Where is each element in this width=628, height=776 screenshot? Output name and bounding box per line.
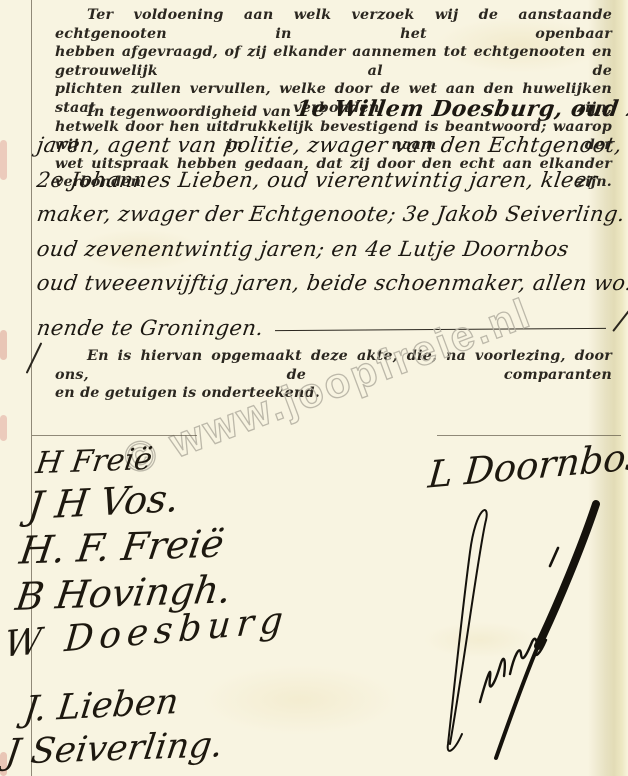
printed-line: en de getuigen is onderteekend. (55, 384, 612, 403)
printed-line: En is hiervan opgemaakt deze akte, die, … (55, 347, 612, 384)
handwritten-line: oud tweeenvijftig jaren, beide schoenmak… (37, 271, 622, 306)
official-paraph-signature-flourish (424, 494, 620, 772)
signature-rule-left (32, 435, 197, 436)
blank-fill-rule (275, 328, 606, 331)
printed-paragraph-closing: En is hiervan opgemaakt deze akte, die, … (55, 347, 612, 403)
handwritten-witness1-start: 1e Willem Doesburg, oud zevendertig (295, 100, 628, 119)
signature-j-h-vos: J H Vos. (27, 476, 180, 528)
page-edge-smudge (0, 140, 7, 180)
in-presence-line: In tegenwoordigheid van 1e Willem Doesbu… (55, 100, 628, 122)
paragraph-slash-mark (26, 342, 43, 373)
handwritten-line-with-rule: nende te Groningen. (37, 306, 622, 341)
handwritten-line: oud zevenentwintig jaren; en 4e Lutje Do… (37, 237, 622, 272)
handwritten-body: jaren, agent van politie, zwager van den… (37, 133, 622, 340)
page-edge-smudge (0, 415, 7, 441)
signature-h-freie: H Freië (35, 442, 152, 481)
signature-j-seiverling: J Seiverling. (5, 725, 223, 773)
printed-line: Ter voldoening aan welk verzoek wij de a… (55, 6, 612, 43)
in-presence-prefix: In tegenwoordigheid van (55, 103, 291, 122)
page-edge-smudge (0, 330, 7, 360)
handwritten-line: 2e Johannes Lieben, oud vierentwintig ja… (37, 168, 622, 203)
signature-h-f-freie: H. F. Freië (19, 521, 224, 572)
signature-j-lieben: J. Lieben (23, 682, 179, 730)
handwritten-line: maker, zwager der Echtgenoote; 3e Jakob … (37, 202, 622, 237)
scanned-marriage-act-page: Ter voldoening aan welk verzoek wij de a… (0, 0, 628, 776)
signature-rule-right (437, 435, 621, 436)
printed-line: hebben afgevraagd, of zij elkander aanne… (55, 43, 612, 80)
handwritten-line: jaren, agent van politie, zwager van den… (37, 133, 622, 168)
